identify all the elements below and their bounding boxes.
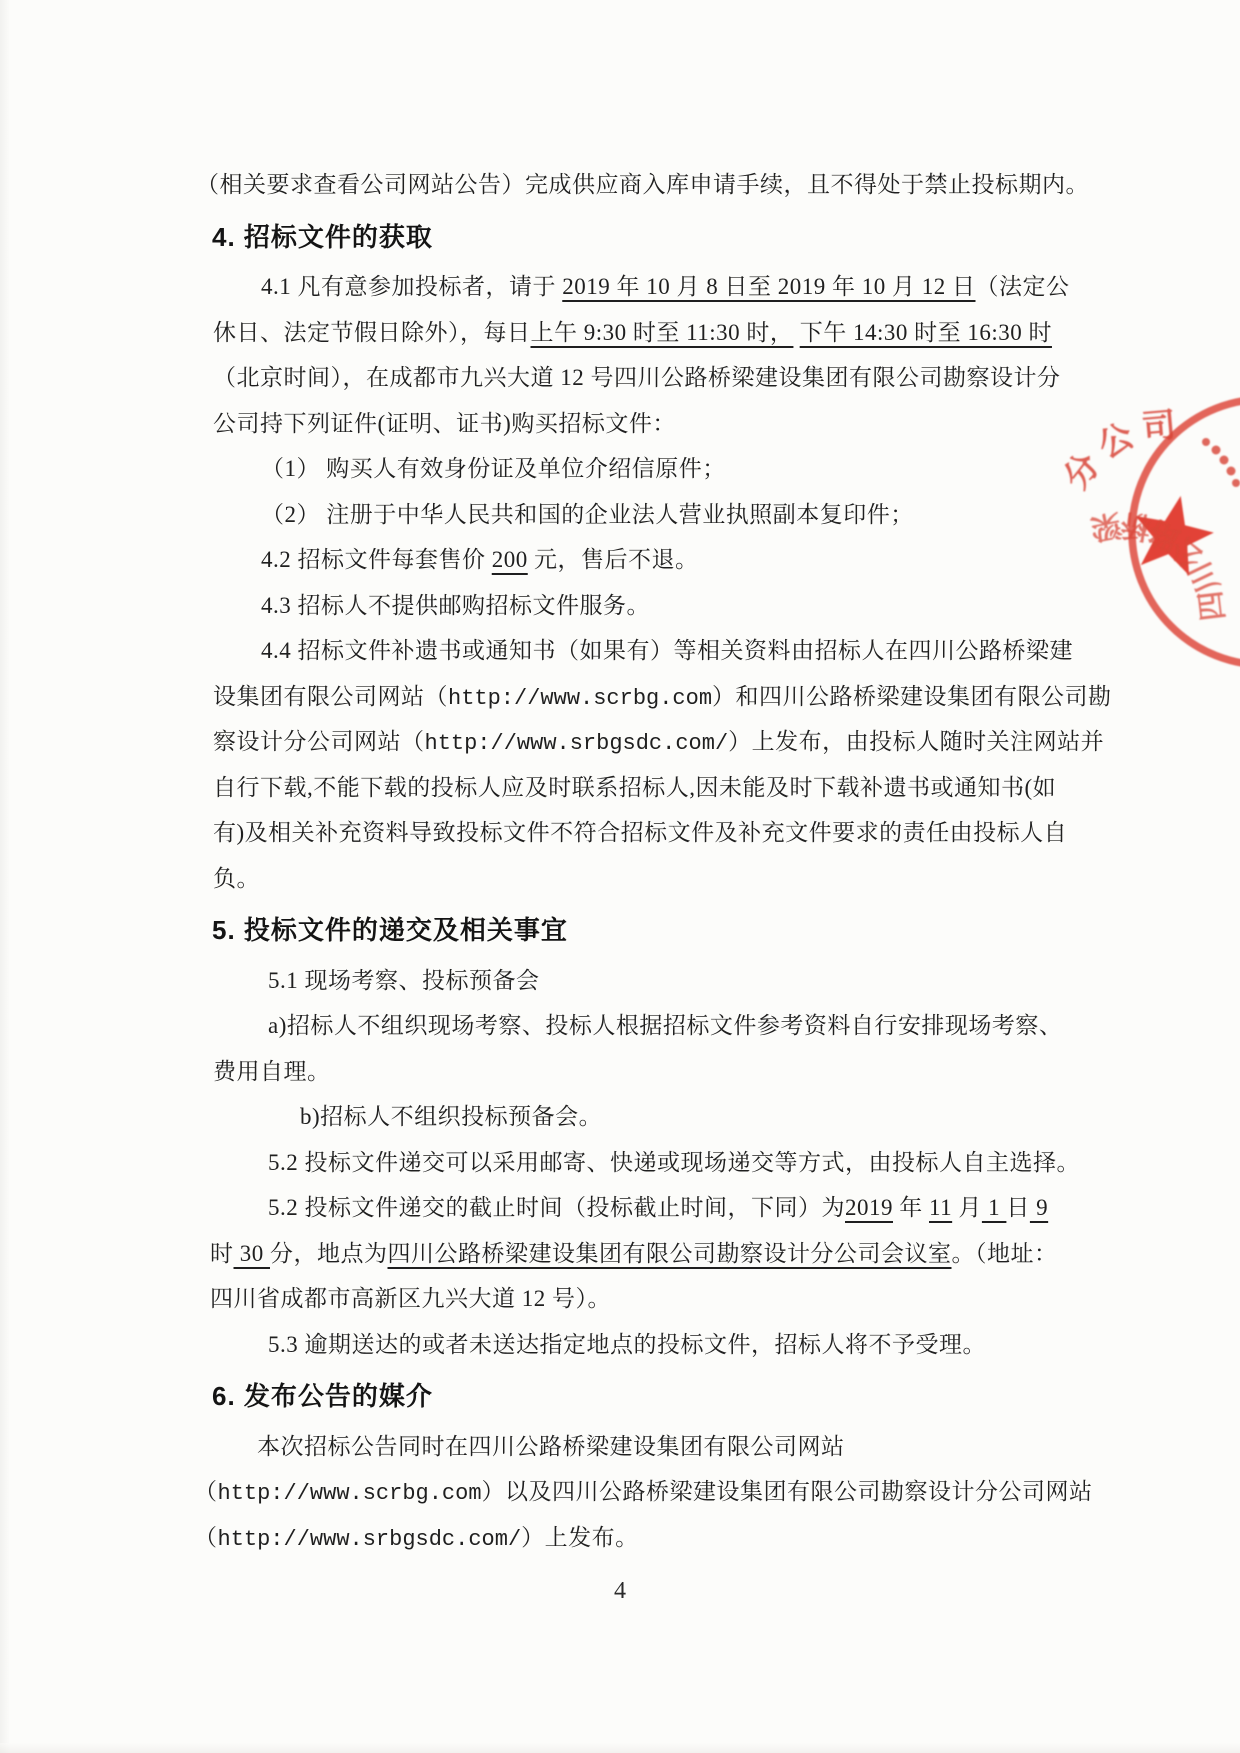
text-run: 负。 [213, 866, 260, 891]
text-line: 有)及相关补充资料导致投标文件不符合招标文件及补充文件要求的责任由投标人自 [213, 810, 1240, 856]
url-text: http://www.srbgsdc.com/ [218, 1527, 522, 1552]
text-run: 公司持下列证件(证明、证书)购买招标文件： [213, 411, 676, 436]
text-run: 时 [210, 1241, 234, 1266]
text-line: 4.2 招标文件每套售价 200 元，售后不退。 [261, 537, 1240, 583]
text-run: 自行下载,不能下载的投标人应及时联系招标人,因未能及时下载补遗书或通知书(如 [213, 775, 1056, 800]
text-line: 负。 [213, 856, 1240, 902]
text-run: a)招标人不组织现场考察、投标人根据招标文件参考资料自行安排现场考察、 [268, 1013, 1062, 1038]
text-line: （北京时间），在成都市九兴大道 12 号四川公路桥梁建设集团有限公司勘察设计分 [213, 355, 1240, 401]
text-line: 自行下载,不能下载的投标人应及时联系招标人,因未能及时下载补遗书或通知书(如 [213, 765, 1240, 811]
text-run: 年 [893, 1195, 929, 1220]
text-run: 休日、法定节假日除外），每日 [213, 320, 531, 345]
scanned-document-page: { "page_number": "4", "stamp": { "top_te… [0, 0, 1240, 1753]
text-line: 设集团有限公司网站（http://www.scrbg.com）和四川公路桥梁建设… [213, 674, 1240, 720]
text-line: 四川省成都市高新区九兴大道 12 号）。 [210, 1276, 1240, 1322]
underlined-text: 四川公路桥梁建设集团有限公司勘察设计分公司会议室 [388, 1241, 952, 1266]
text-line: （相关要求查看公司网站公告）完成供应商入库申请手续，且不得处于禁止投标期内。 [196, 162, 1240, 208]
text-line: 公司持下列证件(证明、证书)购买招标文件： [213, 401, 1240, 447]
text-run: （2） 注册于中华人民共和国的企业法人营业执照副本复印件； [261, 502, 914, 527]
text-line: （http://www.srbgsdc.com/）上发布。 [194, 1515, 1240, 1561]
text-line: 5.3 逾期送达的或者未送达指定地点的投标文件，招标人将不予受理。 [268, 1322, 1240, 1368]
text-run: 分，地点为 [270, 1241, 388, 1266]
text-run: 4.1 凡有意参加投标者，请于 [261, 274, 562, 299]
section-heading: 4. 招标文件的获取 [212, 215, 1240, 261]
url-text: http://www.srbgsdc.com/ [425, 731, 729, 756]
text-line: （1） 购买人有效身份证及单位介绍信原件； [261, 446, 1240, 492]
text-line: 5.2 投标文件递交的截止时间（投标截止时间，下同）为2019 年 11 月 1… [268, 1185, 1240, 1231]
text-run: b)招标人不组织投标预备会。 [300, 1104, 602, 1129]
text-run: 本次招标公告同时在四川公路桥梁建设集团有限公司网站 [257, 1434, 845, 1459]
underlined-text: 1 [982, 1195, 1007, 1220]
text-run: （ [194, 1479, 218, 1504]
text-run: 。（地址： [952, 1241, 1058, 1266]
text-run: （ [194, 1525, 218, 1550]
text-run: 5.3 逾期送达的或者未送达指定地点的投标文件，招标人将不予受理。 [268, 1332, 986, 1357]
text-run: ）以及四川公路桥梁建设集团有限公司勘察设计分公司网站 [482, 1479, 1093, 1504]
url-text: http://www.scrbg.com [448, 686, 712, 711]
text-line: 休日、法定节假日除外），每日上午 9:30 时至 11:30 时， 下午 14:… [213, 310, 1240, 356]
underlined-text: 下午 14:30 时至 16:30 时 [800, 320, 1052, 345]
text-run: 4.3 招标人不提供邮购招标文件服务。 [261, 593, 650, 618]
text-run: 5.2 投标文件递交可以采用邮寄、快递或现场递交等方式，由投标人自主选择。 [268, 1150, 1080, 1175]
text-run: 日 [1006, 1195, 1030, 1220]
text-line: 4.1 凡有意参加投标者，请于 2019 年 10 月 8 日至 2019 年 … [261, 264, 1240, 310]
text-line: 4.3 招标人不提供邮购招标文件服务。 [261, 583, 1240, 629]
text-line: 4.4 招标文件补遗书或通知书（如果有）等相关资料由招标人在四川公路桥梁建 [261, 628, 1240, 674]
section-heading: 5. 投标文件的递交及相关事宜 [212, 908, 1240, 954]
text-run: （北京时间），在成都市九兴大道 12 号四川公路桥梁建设集团有限公司勘察设计分 [213, 365, 1061, 390]
document-body: （相关要求查看公司网站公告）完成供应商入库申请手续，且不得处于禁止投标期内。4.… [0, 162, 1240, 1560]
text-run: （相关要求查看公司网站公告）完成供应商入库申请手续，且不得处于禁止投标期内。 [196, 172, 1089, 197]
text-run: 设集团有限公司网站（ [213, 684, 448, 709]
text-run: 察设计分公司网站（ [213, 729, 425, 754]
scan-edge-shadow-bottom [0, 1743, 1240, 1753]
text-run: （1） 购买人有效身份证及单位介绍信原件； [261, 456, 726, 481]
text-run: 有)及相关补充资料导致投标文件不符合招标文件及补充文件要求的责任由投标人自 [213, 820, 1067, 845]
page-number: 4 [0, 1578, 1240, 1605]
text-run: 4.4 招标文件补遗书或通知书（如果有）等相关资料由招标人在四川公路桥梁建 [261, 638, 1073, 663]
text-run: 5. 投标文件的递交及相关事宜 [212, 915, 568, 945]
text-line: 5.1 现场考察、投标预备会 [268, 958, 1240, 1004]
text-run: 月 [952, 1195, 982, 1220]
text-run: （法定公 [976, 274, 1070, 299]
text-run: 4. 招标文件的获取 [212, 222, 433, 252]
section-heading: 6. 发布公告的媒介 [212, 1374, 1240, 1420]
text-line: （2） 注册于中华人民共和国的企业法人营业执照副本复印件； [261, 492, 1240, 538]
text-line: 时 30 分，地点为四川公路桥梁建设集团有限公司勘察设计分公司会议室。（地址： [210, 1231, 1240, 1277]
underlined-text: 30 [234, 1241, 271, 1266]
text-run: 5.1 现场考察、投标预备会 [268, 968, 540, 993]
underlined-text: 11 [929, 1195, 952, 1220]
text-line: （http://www.scrbg.com）以及四川公路桥梁建设集团有限公司勘察… [194, 1469, 1240, 1515]
text-line: 费用自理。 [213, 1049, 1240, 1095]
text-line: 察设计分公司网站（http://www.srbgsdc.com/）上发布，由投标… [213, 719, 1240, 765]
underlined-text: 9 [1030, 1195, 1048, 1220]
underlined-text: 200 [492, 547, 528, 572]
underlined-text: 2019 年 10 月 8 日至 2019 年 10 月 12 日 [562, 274, 975, 299]
underlined-text: 2019 [845, 1195, 893, 1220]
text-run: ）和四川公路桥梁建设集团有限公司勘 [712, 684, 1112, 709]
text-line: 本次招标公告同时在四川公路桥梁建设集团有限公司网站 [257, 1424, 1240, 1470]
text-run: 6. 发布公告的媒介 [212, 1381, 433, 1411]
text-run: 费用自理。 [213, 1059, 331, 1084]
text-run: 4.2 招标文件每套售价 [261, 547, 492, 572]
text-line: b)招标人不组织投标预备会。 [300, 1094, 1240, 1140]
text-run: 四川省成都市高新区九兴大道 12 号）。 [210, 1286, 611, 1311]
text-run: 元，售后不退。 [528, 547, 699, 572]
text-line: a)招标人不组织现场考察、投标人根据招标文件参考资料自行安排现场考察、 [268, 1003, 1240, 1049]
url-text: http://www.scrbg.com [218, 1481, 482, 1506]
text-line: 5.2 投标文件递交可以采用邮寄、快递或现场递交等方式，由投标人自主选择。 [268, 1140, 1240, 1186]
underlined-text: 上午 9:30 时至 11:30 时， [531, 320, 794, 345]
text-run: ）上发布。 [521, 1525, 639, 1550]
text-run: 5.2 投标文件递交的截止时间（投标截止时间，下同）为 [268, 1195, 845, 1220]
text-run: ）上发布，由投标人随时关注网站并 [728, 729, 1104, 754]
